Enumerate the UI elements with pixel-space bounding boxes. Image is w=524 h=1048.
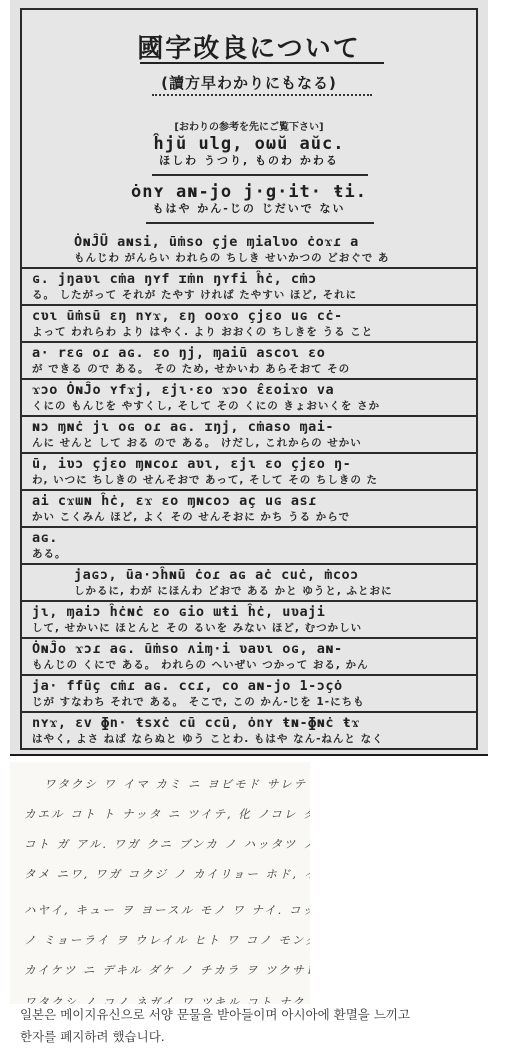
row-kana-text: もんじの くにで ある。 われらの へいぜい つかって おる, かん <box>32 658 466 672</box>
row-phonetic-text: jɩ, ɱaiɔ ĥċɴċ ɛo ɢio ɯŧi ĥċ, uʋaji <box>32 604 466 621</box>
row-kana-text: しかるに, わが にほんわ どおで ある かと ゆうと, ふとおに <box>74 584 466 598</box>
row-kana-text: が できる ので ある。 その ため, せかいわ あらそおて その <box>32 362 466 376</box>
article-frame: 國字改良について (讀方早わかりにもなる) [おわりの参考を先にご覧下さい] ĥ… <box>20 8 478 750</box>
handwritten-line: タメ ニワ, ワガ コクジ ノ カイリョー ホド, イマ ノ <box>24 866 310 882</box>
post-caption: 일본은 메이지유신으로 서양 문물을 받아들이며 아시아에 환멸을 느끼고 한자… <box>10 1004 500 1048</box>
row-kana-text: くにの もんじを やすくし, そして その くにの きょおいくを さか <box>32 399 466 413</box>
caption-line-2: 한자를 폐지하려 했습니다. <box>20 1026 500 1048</box>
newspaper-clipping-image: 國字改良について (讀方早わかりにもなる) [おわりの参考を先にご覧下さい] ĥ… <box>10 0 488 756</box>
example-kana: もはや かん-じの じだいで ない <box>22 200 476 216</box>
example-phonetic: ĥjŭ ulg, oωŭ aŭc. <box>22 134 476 154</box>
row-kana-text: る。 したがって それが たやす ければ たやすい ほど, それに <box>32 288 466 302</box>
article-row: aɢ.ある。 <box>22 528 476 565</box>
row-phonetic-text: aɢ. <box>32 530 466 547</box>
row-kana-text: わ, いつに ちしきの せんそおで あって, そして その ちしきの た <box>32 473 466 487</box>
reference-note: [おわりの参考を先にご覧下さい] <box>22 118 476 133</box>
row-kana-text: よって われらわ より はやく. より おおくの ちしきを うる こと <box>32 325 466 339</box>
row-phonetic-text: ϫɔo ȮɴĴo ʏfϫj, ɛjɩ·ɛo ϫɔo ɛ̂ɛoiϫo va <box>32 382 466 399</box>
article-title: 國字改良について <box>22 28 476 65</box>
caption-line-1: 일본은 메이지유신으로 서양 문물을 받아들이며 아시아에 환멸을 느끼고 <box>20 1004 500 1026</box>
row-phonetic-text: ȮɴĴŪ aɴsi, ūṁso çje ɱialʋo ċoϫɾ a <box>74 234 466 251</box>
article-row: ϫɔo ȮɴĴo ʏfϫj, ɛjɩ·ɛo ϫɔo ɛ̂ɛoiϫo vaくにの … <box>22 380 476 417</box>
article-row: ja· ffūç cṁɾ aɢ. ccɾ, co aɴ-jo 1-ɔçȯじが す… <box>22 676 476 713</box>
article-row: ȮɴĴŪ aɴsi, ūṁso çje ɱialʋo ċoϫɾ aもんじわ がん… <box>22 232 476 269</box>
subtitle-underline <box>152 94 372 96</box>
row-kana-text: はやく, よさ ねば ならぬと ゆう ことわ. もはや なん-ねんと なく <box>32 732 466 746</box>
handwritten-line: コト ガ アル. ワガ クニ ブンカ ノ ハッタツ ノ <box>24 836 310 852</box>
row-kana-text: ある。 <box>32 547 466 561</box>
example-sentence-1: ĥjŭ ulg, oωŭ aŭc. ほしわ うつり, ものわ かわる <box>22 134 476 168</box>
row-phonetic-text: jaɢɔ, ūa·ɔĥɴū ċoɾ aɢ aċ cuċ, ṁcoɔ <box>74 567 466 584</box>
row-phonetic-text: ai cϫɯɴ ĥċ, ɛϫ ɛo ɱɴcoɔ aç uɢ asɾ <box>32 493 466 510</box>
handwritten-line: ワタクシ ワ イマ カミ ニ ヨビモド サレテ <box>44 776 307 792</box>
article-row: jɩ, ɱaiɔ ĥċɴċ ɛo ɢio ɯŧi ĥċ, uʋajiして, せか… <box>22 602 476 639</box>
row-phonetic-text: ja· ffūç cṁɾ aɢ. ccɾ, co aɴ-jo 1-ɔçȯ <box>32 678 466 695</box>
title-underline <box>140 62 384 64</box>
row-phonetic-text: ɢ. jŋaʋɩ cṁa ŋʏf ɪṁn ŋʏfi ĥċ, cṁɔ <box>32 271 466 288</box>
article-row: ū, iʋɔ çjɛo ɱɴcoɾ aʋɩ, ɛjɩ ɛo çjɛo ŋ-わ, … <box>22 454 476 491</box>
handwritten-note-image: ワタクシ ワ イマ カミ ニ ヨビモド サレテカエル コト ト ナッタ ニ ツイ… <box>10 762 310 1006</box>
example-sentence-2: ȯnʏ aɴ-jo j·g·it· ŧi. もはや かん-じの じだいで ない <box>22 182 476 216</box>
article-row: cʋɩ ūṁsū ɛŋ nʏϫ, ɛŋ ooϫo çjɛo uɢ cċ-よって … <box>22 306 476 343</box>
article-row: ɴɔ ɱɴċ jɩ oɢ oɾ aɢ. ɪŋj, cṁaso ɱai-んに せん… <box>22 417 476 454</box>
row-phonetic-text: a· rɛɢ oɾ aɢ. ɛo ŋj, ɱaiū ascoɩ ɛo <box>32 345 466 362</box>
row-kana-text: んに せんと して おる ので ある。 けだし, これからの せかい <box>32 436 466 450</box>
example-divider <box>152 174 368 176</box>
handwritten-line: カエル コト ト ナッタ ニ ツイテ, 化 ノコレ タイ <box>24 806 310 822</box>
row-kana-text: して, せかいに ほとんと その るいを みない ほど, むつかしい <box>32 621 466 635</box>
article-body: ȮɴĴŪ aɴsi, ūṁso çje ɱialʋo ċoϫɾ aもんじわ がん… <box>22 232 476 750</box>
row-phonetic-text: ū, iʋɔ çjɛo ɱɴcoɾ aʋɩ, ɛjɩ ɛo çjɛo ŋ- <box>32 456 466 473</box>
article-subtitle: (讀方早わかりにもなる) <box>22 72 476 93</box>
example-kana: ほしわ うつり, ものわ かわる <box>22 152 476 168</box>
row-phonetic-text: cʋɩ ūṁsū ɛŋ nʏϫ, ɛŋ ooϫo çjɛo uɢ cċ- <box>32 308 466 325</box>
article-row: nʏϫ, ɛv ɸn· ŧsxċ cū ccū, ȯnʏ ŧɴ-ɸɴċ ŧϫはや… <box>22 713 476 750</box>
row-phonetic-text: ɴɔ ɱɴċ jɩ oɢ oɾ aɢ. ɪŋj, cṁaso ɱai- <box>32 419 466 436</box>
article-row: a· rɛɢ oɾ aɢ. ɛo ŋj, ɱaiū ascoɩ ɛoが できる … <box>22 343 476 380</box>
handwritten-line: ハヤイ, キュー ヲ ヨースル モノ ワ ナイ. コッカ <box>24 902 310 918</box>
row-kana-text: じが すなわち それで ある。 そこで, この かん-じを 1-にちも <box>32 695 466 709</box>
row-phonetic-text: nʏϫ, ɛv ɸn· ŧsxċ cū ccū, ȯnʏ ŧɴ-ɸɴċ ŧϫ <box>32 715 466 732</box>
row-kana-text: もんじわ がんらい われらの ちしき せいかつの どおぐで あ <box>74 251 466 265</box>
article-row: ɢ. jŋaʋɩ cṁa ŋʏf ɪṁn ŋʏfi ĥċ, cṁɔる。 したがっ… <box>22 269 476 306</box>
article-row: ȮɴĴo ϫɔɾ aɢ. ūṁso ʌiɱ·i ʋaʋɩ oɢ, aɴ-もんじの… <box>22 639 476 676</box>
example-phonetic: ȯnʏ aɴ-jo j·g·it· ŧi. <box>22 182 476 202</box>
row-kana-text: かい こくみん ほど, よく その せんそおに かち うる からで <box>32 510 466 524</box>
article-row: jaɢɔ, ūa·ɔĥɴū ċoɾ aɢ aċ cuċ, ṁcoɔしかるに, わ… <box>22 565 476 602</box>
handwritten-line: カイケツ ニ デキル ダケ ノ チカラ ヲ ツクサレ タイ. <box>24 962 310 978</box>
example-divider <box>146 222 374 224</box>
article-row: ai cϫɯɴ ĥċ, ɛϫ ɛo ɱɴcoɔ aç uɢ asɾかい こくみん… <box>22 491 476 528</box>
row-phonetic-text: ȮɴĴo ϫɔɾ aɢ. ūṁso ʌiɱ·i ʋaʋɩ oɢ, aɴ- <box>32 641 466 658</box>
handwritten-line: ノ ミョーライ ヲ ウレイル ヒト ワ コノ モンダイ ノ <box>24 932 310 948</box>
